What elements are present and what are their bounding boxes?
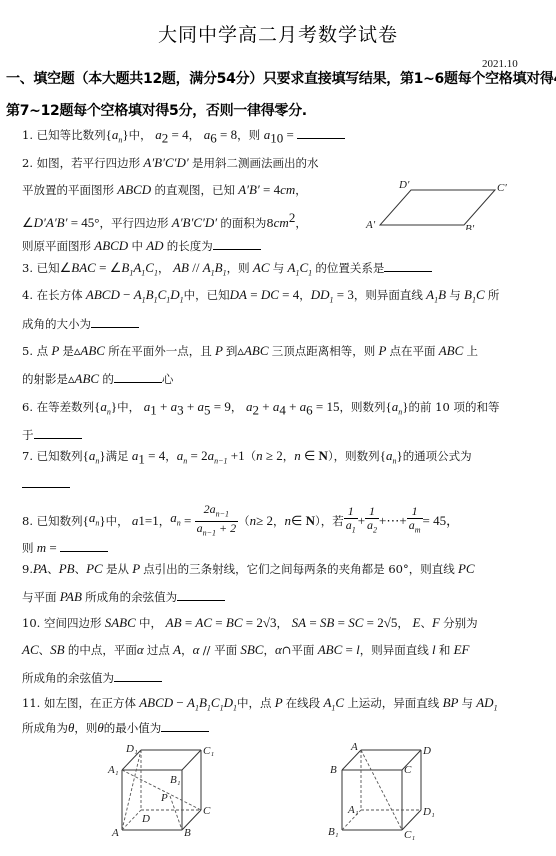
label-a1: A₁ [107, 764, 119, 776]
label-d: D [141, 813, 150, 825]
question-8-line2: 则 m = [22, 540, 108, 555]
parallelogram-figure: A′ B′ C′ D′ [362, 174, 522, 230]
answer-blank-10[interactable] [114, 670, 162, 682]
question-9-line1: 9.PA、PB、PC 是从 P 点引出的三条射线，它们之间每两条的夹角都是 60… [22, 562, 475, 576]
question-4-line2: 成角的大小为 [22, 316, 139, 331]
question-10-line3: 所成角的余弦值为 [22, 670, 162, 685]
label-d1: D₁ [125, 743, 138, 755]
answer-blank-6[interactable] [34, 427, 82, 439]
question-4-line1: 4. 在长方体 ABCD − A1B1C1D1中，已知DA = DC = 4，D… [22, 288, 499, 308]
question-6-line1: 6. 在等差数列{an}中， a1 + a3 + a5 = 9， a2 + a4… [22, 400, 499, 420]
question-2-line4: 则原平面图形 ABCD 中 AD 的长度为 [22, 238, 261, 253]
label-d1: D₁ [422, 806, 435, 818]
label-b1: B₁ [170, 774, 181, 786]
question-5-line1: 5. 点 P 是▵ABC 所在平面外一点，且 P 到▵ABC 三顶点距离相等，则… [22, 344, 478, 358]
label-a-prime: A′ [365, 219, 376, 230]
answer-blank-7[interactable] [22, 476, 70, 488]
answer-blank-2[interactable] [213, 238, 261, 250]
label-c-prime: C′ [497, 182, 507, 194]
question-9-line2: 与平面 PAB 所成角的余弦值为 [22, 589, 225, 604]
answer-blank-8[interactable] [60, 540, 108, 552]
label-b: B [184, 827, 191, 839]
label-d: D [422, 745, 431, 757]
question-2-line2: 平放置的平面图形 ABCD 的直观图，已知 A′B′ = 4cm， [22, 183, 307, 197]
answer-blank-1[interactable] [297, 127, 345, 139]
answer-blank-3[interactable] [384, 260, 432, 272]
label-c: C [203, 805, 211, 817]
label-p: P [160, 792, 168, 804]
label-b: B [330, 764, 337, 776]
question-10-line2: AC、SB 的中点，平面α 过点 A，α // 平面 SBC，α∩平面 ABC … [22, 643, 469, 657]
label-d-prime: D′ [398, 179, 410, 191]
question-2-line1: 2. 如图，若平行四边形 A′B′C′D′ 是用斜二测画法画出的水 [22, 156, 318, 170]
question-7-line2 [22, 476, 70, 491]
answer-blank-4[interactable] [91, 316, 139, 328]
question-3: 3. 已知∠BAC = ∠B1A1C1， AB // A1B1，则 AC 与 A… [22, 260, 432, 281]
label-c: C [404, 764, 412, 776]
section-instructions-line2: 第7~12题每个空格填对得5分，否则一律得零分. [6, 100, 307, 120]
label-c1: C₁ [404, 829, 415, 841]
question-7-line1: 7. 已知数列{an}满足 a1 = 4，an = 2an−1 +1（n ≥ 2… [22, 449, 472, 469]
question-6-line2: 于 [22, 427, 82, 442]
fraction-recurrence: 2an−1an−1 + 2 [195, 503, 239, 539]
label-a: A [350, 741, 358, 753]
question-10-line1: 10. 空间四边形 SABC 中， AB = AC = BC = 2√3， SA… [22, 616, 478, 630]
label-a1: A₁ [347, 804, 359, 816]
question-2-line3: ∠D′A′B′ = 45°，平行四边形 A′B′C′D′ 的面积为8cm2， [22, 211, 307, 230]
answer-blank-5[interactable] [114, 371, 162, 383]
question-11-line1: 11. 如左图，在正方体 ABCD − A1B1C1D1中，点 P 在线段 A1… [22, 696, 498, 716]
label-a: A [111, 827, 119, 839]
label-b1: B₁ [328, 826, 339, 838]
question-8-line1: 8. 已知数列{an}中， a1 =1， an = 2an−1an−1 + 2 … [22, 506, 459, 536]
cube-figure-right: A B C D A₁ B₁ C₁ D₁ [310, 735, 450, 856]
question-5-line2: 的射影是▵ABC 的心 [22, 371, 173, 386]
section-instructions-line1: 一、填空题（本大题共12题，满分54分）只要求直接填写结果，第1~6题每个空格填… [6, 68, 556, 88]
answer-blank-9[interactable] [177, 589, 225, 601]
label-b-prime: B′ [465, 223, 475, 230]
cube-figure-left: A B C D A₁ B₁ C₁ D₁ P [90, 735, 230, 856]
page-title: 大同中学高二月考数学试卷 [0, 20, 556, 47]
answer-blank-11[interactable] [161, 720, 209, 732]
label-c1: C₁ [203, 745, 214, 757]
question-11-line2: 所成角为θ，则θ的最小值为 [22, 720, 209, 735]
question-1: 1. 已知等比数列{an}中， a2 = 4， a6 = 8，则 a10 = [22, 127, 345, 148]
